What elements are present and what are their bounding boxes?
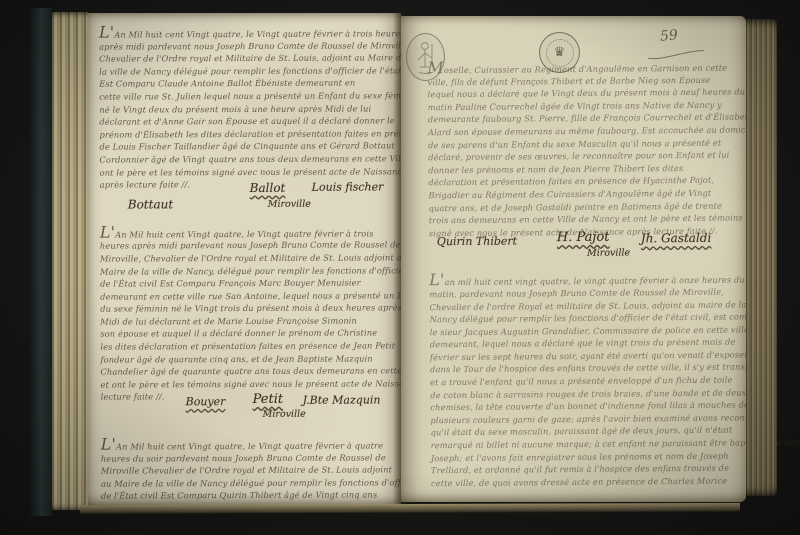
manuscript-line: Miroville Chevalier de l'Ordre royal et … <box>101 464 398 478</box>
birth-act-thibert-continuation: Moselle, Cuirassier au Régiment d'Angoul… <box>427 61 740 272</box>
act-text: Moselle, Cuirassier au Régiment d'Angoul… <box>427 61 740 240</box>
manuscript-line: Miroville, Chevalier de l'Ordre royal et… <box>100 251 397 265</box>
photo-background: L'An Mil huit cent Vingt quatre, le Ving… <box>0 0 800 535</box>
page-stack-left-edge <box>52 12 88 510</box>
fore-edge-pages <box>746 19 777 496</box>
signature-row: BouyerPetitJ.Bte MazquinMiroville <box>101 404 398 435</box>
manuscript-line: déclarant et d'Anne Gair son Épouse et a… <box>99 114 396 128</box>
signature-row: Quirin ThibertH. PajotJh. GastaldiMirovi… <box>429 239 740 272</box>
signature: Jh. Gastaldi <box>641 231 712 246</box>
manuscript-line: les dites déclaration et présentation fa… <box>100 339 397 353</box>
signature: Bouyer <box>186 395 226 408</box>
manuscript-line: de Louis Fischer Taillandier âgé de Cinq… <box>99 140 396 154</box>
folio-number: 59 <box>659 27 678 45</box>
signature: H. Pajot <box>557 230 610 245</box>
act-text: L'An Mil huit cent Vingt quatre, le Ving… <box>100 226 398 404</box>
left-page: L'An Mil huit cent Vingt quatre, le Ving… <box>88 13 401 505</box>
signature-row: BallotLouis fischerBottautMiroville <box>100 192 397 223</box>
manuscript-line: L'An Mil huit cent Vingt quatre, le Ving… <box>99 26 396 40</box>
act-text: L'An Mil huit cent Vingt quatre, le Ving… <box>99 26 397 191</box>
manuscript-line: heures après midi pardevant nous Joseph … <box>100 239 397 253</box>
manuscript-line: L'An Mil huit cent Vingt quatre, le Ving… <box>101 438 398 452</box>
page-stack-bottom-edge <box>80 503 740 514</box>
signature: Quirin Thibert <box>437 235 517 249</box>
signature: Miroville <box>587 248 630 259</box>
signature: Miroville <box>268 198 311 209</box>
manuscript-line: de l'État civil Est Comparu François Mar… <box>100 276 397 290</box>
book-cover-edge <box>28 8 52 516</box>
crown-glyph: ♛ <box>546 39 574 67</box>
birth-act-ballot: L'An Mil huit cent Vingt quatre, le Ving… <box>99 26 397 223</box>
manuscript-line: du sexe féminin né le Vingt trois du pré… <box>100 302 397 316</box>
birth-act-bouyer: L'An Mil huit cent Vingt quatre, le Ving… <box>100 226 398 436</box>
manuscript-line: cette ville rue St. Julien lequel nous a… <box>99 89 396 103</box>
signature: Petit <box>253 392 284 407</box>
manuscript-line: ont le père et les témoins signé avec no… <box>100 165 397 179</box>
round-stamp-standing-figure-icon <box>406 33 445 81</box>
manuscript-line: Chevalier de l'Ordre royal et Militaire … <box>99 52 396 66</box>
manuscript-line: Chandelier âgé de quarante quatre ans to… <box>100 365 397 379</box>
manuscript-line: déclaré, provenir de ses œuvres, le reco… <box>428 149 739 164</box>
manuscript-line: et ont le père et les témoins signé avec… <box>100 377 397 391</box>
manuscript-line: cette ville, de quoi avons dressé acte e… <box>431 474 742 489</box>
signature: Miroville <box>263 409 306 420</box>
round-stamp-crown-icon: ♛ <box>539 32 580 73</box>
signature: Bottaut <box>128 197 173 211</box>
act-text: L'an mil huit cent vingt quatre, le ving… <box>429 273 742 490</box>
foundling-act-trelliard: L'an mil huit cent vingt quatre, le ving… <box>429 273 742 490</box>
signature: Louis fischer <box>312 180 384 193</box>
manuscript-line: Cordonnier âgé de Vingt quatre ans tous … <box>100 152 397 166</box>
signature: Ballot <box>250 181 286 195</box>
signature: J.Bte Mazquin <box>303 393 381 406</box>
right-page: Moselle, Cuirassier au Régiment d'Angoul… <box>401 16 746 502</box>
